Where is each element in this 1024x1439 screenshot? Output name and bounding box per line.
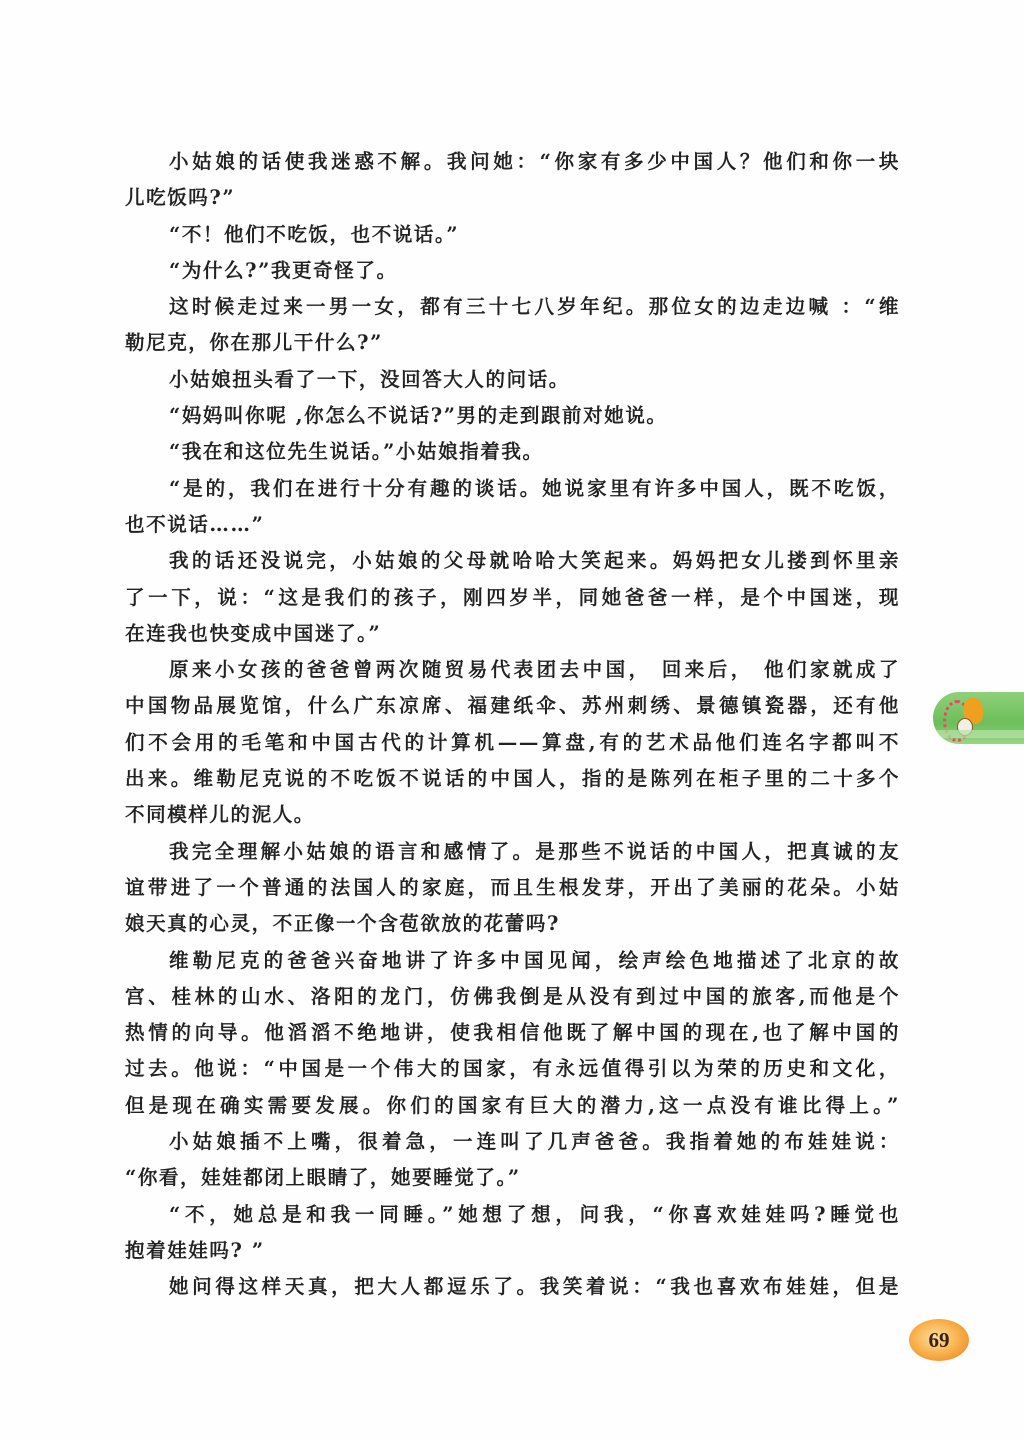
text-line: 过去。他说：“中国是一个伟大的国家，有永远值得引以为荣的历史和文化， <box>125 1051 900 1087</box>
text-line: 小姑娘插不上嘴，很着急，一连叫了几声爸爸。我指着她的布娃娃说： <box>125 1124 900 1160</box>
text-line: 小姑娘的话使我迷惑不解。我问她：“你家有多少中国人？他们和你一块 <box>125 144 900 180</box>
text-line: “是的，我们在进行十分有趣的谈话。她说家里有许多中国人，既不吃饭， <box>125 471 900 507</box>
text-line: 她问得这样天真，把大人都逗乐了。我笑着说：“我也喜欢布娃娃，但是 <box>125 1269 900 1305</box>
text-line: 这时候走过来一男一女，都有三十七八岁年纪。那位女的边走边喊 ：“维 <box>125 289 900 325</box>
text-line: 娘天真的心灵，不正像一个含苞欲放的花蕾吗? <box>125 906 900 942</box>
text-line: 我的话还没说完，小姑娘的父母就哈哈大笑起来。妈妈把女儿搂到怀里亲 <box>125 543 900 579</box>
text-line: 在连我也快变成中国迷了。” <box>125 616 900 652</box>
text-line: “不！他们不吃饭，也不说话。” <box>125 217 900 253</box>
text-line: 也不说话……” <box>125 507 900 543</box>
tab-stripe <box>933 730 1024 738</box>
text-line: 儿吃饭吗?” <box>125 180 900 216</box>
text-line: “为什么?”我更奇怪了。 <box>125 253 900 289</box>
page-number-badge: 69 <box>909 1319 969 1361</box>
text-line: 不同模样儿的泥人。 <box>125 797 900 833</box>
text-line: “我在和这位先生说话。”小姑娘指着我。 <box>125 434 900 470</box>
text-line: 热情的向导。他滔滔不绝地讲，使我相信他既了解中国的现在,也了解中国的 <box>125 1015 900 1051</box>
text-line: 原来小女孩的爸爸曾两次随贸易代表团去中国， 回来后， 他们家就成了 <box>125 652 900 688</box>
text-line: 宫、桂林的山水、洛阳的龙门，仿佛我倒是从没有到过中国的旅客,而他是个 <box>125 979 900 1015</box>
text-line: 出来。维勒尼克说的不吃饭不说话的中国人，指的是陈列在柜子里的二十多个 <box>125 761 900 797</box>
body-text: 小姑娘的话使我迷惑不解。我问她：“你家有多少中国人？他们和你一块儿吃饭吗?”“不… <box>125 144 900 1306</box>
text-line: “不，她总是和我一同睡。”她想了想，问我，“你喜欢娃娃吗?睡觉也 <box>125 1197 900 1233</box>
book-page: 小姑娘的话使我迷惑不解。我问她：“你家有多少中国人？他们和你一块儿吃饭吗?”“不… <box>0 0 1024 1439</box>
text-line: 们不会用的毛笔和中国古代的计算机——算盘,有的艺术品他们连名字都叫不 <box>125 725 900 761</box>
text-line: 抱着娃娃吗? ” <box>125 1233 900 1269</box>
text-line: 小姑娘扭头看了一下，没回答大人的问话。 <box>125 362 900 398</box>
text-line: 我完全理解小姑娘的语言和感情了。是那些不说话的中国人，把真诚的友 <box>125 834 900 870</box>
text-line: 但是现在确实需要发展。你们的国家有巨大的潜力,这一点没有谁比得上。” <box>125 1088 900 1124</box>
text-line: 中国物品展览馆，什么广东凉席、福建纸伞、苏州刺绣、景德镇瓷器，还有他 <box>125 688 900 724</box>
text-line: “你看，娃娃都闭上眼睛了，她要睡觉了。” <box>125 1160 900 1196</box>
text-line: 维勒尼克的爸爸兴奋地讲了许多中国见闻，绘声绘色地描述了北京的故 <box>125 943 900 979</box>
chapter-side-tab <box>933 692 1024 744</box>
text-line: 谊带进了一个普通的法国人的家庭，而且生根发芽，开出了美丽的花朵。小姑 <box>125 870 900 906</box>
text-line: “妈妈叫你呢 ,你怎么不说话?”男的走到跟前对她说。 <box>125 398 900 434</box>
text-line: 了一下，说：“这是我们的孩子，刚四岁半，同她爸爸一样，是个中国迷，现 <box>125 580 900 616</box>
text-line: 勒尼克，你在那儿干什么?” <box>125 325 900 361</box>
